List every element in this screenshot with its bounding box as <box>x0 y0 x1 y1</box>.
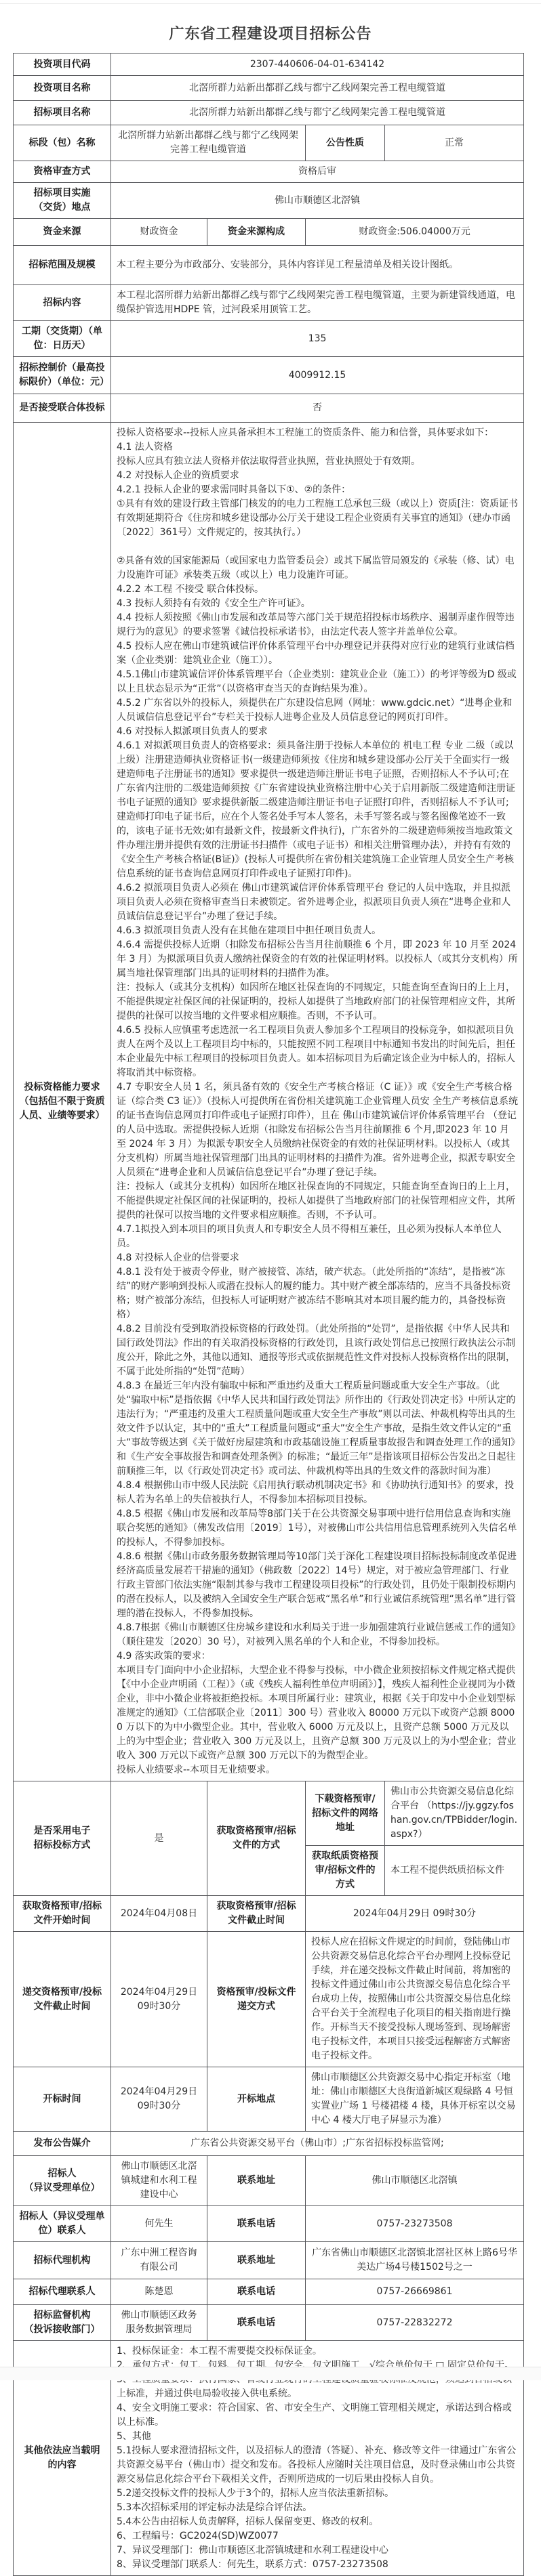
field-value-tenderer: 佛山市顺德区北滘镇城建和水利工程建设中心 <box>111 2156 207 2206</box>
field-label-doc-deadline: 获取资格预审/招标文件截止时间 <box>207 1896 306 1932</box>
row-opening: 开标时间 2024年04月29日 09时30分 开标地点 佛山市顺德区公共资源交… <box>14 2067 524 2132</box>
field-value-tender-name: 北滘所群力站新出都群乙线与都宁乙线网架完善工程电缆管道 <box>111 101 524 125</box>
row-consortium: 是否接受联合体投标 否 <box>14 394 524 423</box>
row-tenderer-contact: 招标人（异议受理单位）联系人 何先生 联系电话 0757-23273508 <box>14 2206 524 2242</box>
row-location: 招标项目实施 （交货）地点 佛山市顺德区北滘镇 <box>14 183 524 219</box>
row-funding: 资金来源 财政资金 资金来源构成 财政资金:506.04000万元 <box>14 219 524 246</box>
field-label-price-limit: 招标控制价（最高投标限价）（单位：元） <box>14 357 111 394</box>
field-value-tenderer-phone: 0757-23273508 <box>306 2206 524 2242</box>
field-value-announce-media: 广东省公共资源交易平台（佛山市）;广东省招标投标监管网; <box>111 2132 524 2156</box>
field-value-opening-place: 佛山市顺德区公共资源交易中心指定开标室（地址：佛山市顺德区大良街道新城区观绿路 … <box>306 2067 524 2132</box>
field-label-agency-phone: 联系电话 <box>207 2279 306 2305</box>
field-value-price-limit: 4009912.15 <box>111 357 524 394</box>
field-label-funding-composition: 资金来源构成 <box>207 219 306 246</box>
row-agency: 招标代理机构 广东中洲工程咨询有限公司 联系地址 广东省佛山市顺德区北滘镇北滘社… <box>14 2242 524 2279</box>
row-supervisor: 招标监督机构 （投诉接收部门） 佛山市顺德区政务服务数据管理局 联系电话 075… <box>14 2305 524 2341</box>
field-label-tenderer: 招标人 （异议受理单位） <box>14 2156 111 2206</box>
row-submit-deadline: 递交资格预审/投标文件截止时间 2024年04月29日 09时30分 资格预审/… <box>14 1932 524 2067</box>
page-title: 广东省工程建设项目招标公告 <box>0 22 541 43</box>
field-value-supervisor: 佛山市顺德区政务服务数据管理局 <box>111 2305 207 2341</box>
field-value-doc-deadline: 2024年04月29日 09时30分 <box>306 1896 524 1932</box>
row-invest-code: 投资项目代码 2307-440606-04-01-634142 <box>14 54 524 76</box>
field-value-qualification-review: 资格后审 <box>111 161 524 183</box>
field-label-duration: 工期（交货期）（单位：日历天） <box>14 321 111 357</box>
field-value-content: 本工程北滘所群力站新出都群乙线与都宁乙线网架完善工程电缆管道，主要为新建管线通道… <box>111 285 524 321</box>
field-label-submit-deadline: 递交资格预审/投标文件截止时间 <box>14 1932 111 2067</box>
row-scope: 招标范围及规模 本工程主要分为市政部分、安装部分，具体内容详见工程量清单及相关设… <box>14 246 524 285</box>
row-price-limit: 招标控制价（最高投标限价）（单位：元） 4009912.15 <box>14 357 524 394</box>
row-tenderer: 招标人 （异议受理单位） 佛山市顺德区北滘镇城建和水利工程建设中心 联系地址 佛… <box>14 2156 524 2206</box>
top-divider <box>0 3 541 4</box>
field-label-consortium: 是否接受联合体投标 <box>14 394 111 423</box>
row-qualification-requirements: 投标资格能力要求（包括但不限于资质人员、业绩等要求） 投标人资格要求--投标人应… <box>14 423 524 1781</box>
field-label-tender-name: 招标项目名称 <box>14 101 111 125</box>
field-label-tenderer-phone: 联系电话 <box>207 2206 306 2242</box>
field-value-supervisor-phone: 0757-22832272 <box>306 2305 524 2341</box>
field-value-submit-deadline: 2024年04月29日 09时30分 <box>111 1932 207 2067</box>
row-tender-name: 招标项目名称 北滘所群力站新出都群乙线与都宁乙线网架完善工程电缆管道 <box>14 101 524 125</box>
field-label-agency-contact: 招标代理联系人 <box>14 2279 111 2305</box>
field-value-tenderer-address: 佛山市顺德区北滘镇 <box>306 2156 524 2206</box>
field-value-scope: 本工程主要分为市政部分、安装部分，具体内容详见工程量清单及相关设计图纸。 <box>111 246 524 285</box>
field-value-e-bidding: 是 <box>111 1781 207 1896</box>
field-label-agency-address: 联系地址 <box>207 2242 306 2279</box>
field-label-tenderer-address: 联系地址 <box>207 2156 306 2206</box>
field-label-funding-source: 资金来源 <box>14 219 111 246</box>
field-value-agency: 广东中洲工程咨询有限公司 <box>111 2242 207 2279</box>
field-label-announce-media: 发布公告媒介 <box>14 2132 111 2156</box>
field-label-doc-download-url: 下载资格预审/招标文件的网络地址 <box>306 1781 385 1846</box>
row-qualification-review: 资格审查方式 资格后审 <box>14 161 524 183</box>
field-label-scope: 招标范围及规模 <box>14 246 111 285</box>
field-value-agency-contact: 陈楚恩 <box>111 2279 207 2305</box>
row-content: 招标内容 本工程北滘所群力站新出都群乙线与都宁乙线网架完善工程电缆管道，主要为新… <box>14 285 524 321</box>
field-value-announce-nature: 正常 <box>385 125 524 161</box>
field-label-supervisor-phone: 联系电话 <box>207 2305 306 2341</box>
row-duration: 工期（交货期）（单位：日历天） 135 <box>14 321 524 357</box>
field-value-qualification-requirements: 投标人资格要求--投标人应具备承担本工程施工的资质条件、能力和信誉，具体要求如下… <box>111 423 524 1781</box>
field-label-doc-obtain-method: 获取资格预审/招标文件的方式 <box>207 1781 306 1896</box>
field-value-tenderer-contact: 何先生 <box>111 2206 207 2242</box>
field-label-submit-method: 资格预审/投标文件递交方式 <box>207 1932 306 2067</box>
field-value-agency-phone: 0757-26669861 <box>306 2279 524 2305</box>
field-value-funding-composition: 财政资金:506.04000万元 <box>306 219 524 246</box>
field-value-doc-download-url: 佛山市公共资源交易信息化综合平台 （https://jy.ggzy.foshan… <box>385 1781 524 1846</box>
field-label-opening-place: 开标地点 <box>207 2067 306 2132</box>
field-label-announce-nature: 公告性质 <box>306 125 385 161</box>
row-section: 标段（包）名称 北滘所群力站新出都群乙线与都宁乙线网架完善工程电缆管道 公告性质… <box>14 125 524 161</box>
field-label-opening-time: 开标时间 <box>14 2067 111 2132</box>
field-label-tenderer-contact: 招标人（异议受理单位）联系人 <box>14 2206 111 2242</box>
row-invest-name: 投资项目名称 北滘所群力站新出都群乙线与都宁乙线网架完善工程电缆管道 <box>14 76 524 101</box>
field-value-duration: 135 <box>111 321 524 357</box>
field-label-agency: 招标代理机构 <box>14 2242 111 2279</box>
field-value-funding-source: 财政资金 <box>111 219 207 246</box>
bottom-divider <box>0 2367 541 2380</box>
row-agency-contact: 招标代理联系人 陈楚恩 联系电话 0757-26669861 <box>14 2279 524 2305</box>
field-label-qualification-requirements: 投标资格能力要求（包括但不限于资质人员、业绩等要求） <box>14 423 111 1781</box>
field-label-location: 招标项目实施 （交货）地点 <box>14 183 111 219</box>
field-value-paper-doc-method: 本工程不提供纸质招标文件 <box>385 1846 524 1896</box>
field-value-consortium: 否 <box>111 394 524 423</box>
field-value-agency-address: 广东省佛山市顺德区北滘镇北滘社区林上路6号华美达广场4号楼1502号之一 <box>306 2242 524 2279</box>
field-label-content: 招标内容 <box>14 285 111 321</box>
field-value-doc-start-time: 2024年04月08日 <box>111 1896 207 1932</box>
field-value-submit-method: 投标人应在招标文件规定的时间前，登陆佛山市公共资源交易信息化综合平台办理网上投标… <box>306 1932 524 2067</box>
field-label-paper-doc-method: 获取纸质资格预审/招标文件的方式 <box>306 1846 385 1896</box>
field-label-supervisor: 招标监督机构 （投诉接收部门） <box>14 2305 111 2341</box>
field-label-doc-start-time: 获取资格预审/招标文件开始时间 <box>14 1896 111 1932</box>
field-label-invest-name: 投资项目名称 <box>14 76 111 101</box>
field-label-section-name: 标段（包）名称 <box>14 125 111 161</box>
announcement-table: 投资项目代码 2307-440606-04-01-634142 投资项目名称 北… <box>13 53 524 2576</box>
field-value-opening-time: 2024年04月29日 09时30分 <box>111 2067 207 2132</box>
field-label-invest-code: 投资项目代码 <box>14 54 111 76</box>
row-media: 发布公告媒介 广东省公共资源交易平台（佛山市）;广东省招标投标监管网; <box>14 2132 524 2156</box>
row-doc-time: 获取资格预审/招标文件开始时间 2024年04月08日 获取资格预审/招标文件截… <box>14 1896 524 1932</box>
row-e-bidding: 是否采用电子 招标投标方式 是 获取资格预审/招标文件的方式 下载资格预审/招标… <box>14 1781 524 1846</box>
field-label-qualification-review: 资格审查方式 <box>14 161 111 183</box>
field-value-invest-name: 北滘所群力站新出都群乙线与都宁乙线网架完善工程电缆管道 <box>111 76 524 101</box>
field-value-location: 佛山市顺德区北滘镇 <box>111 183 524 219</box>
field-value-section-name: 北滘所群力站新出都群乙线与都宁乙线网架完善工程电缆管道 <box>111 125 306 161</box>
field-label-e-bidding: 是否采用电子 招标投标方式 <box>14 1781 111 1896</box>
field-value-invest-code: 2307-440606-04-01-634142 <box>111 54 524 76</box>
